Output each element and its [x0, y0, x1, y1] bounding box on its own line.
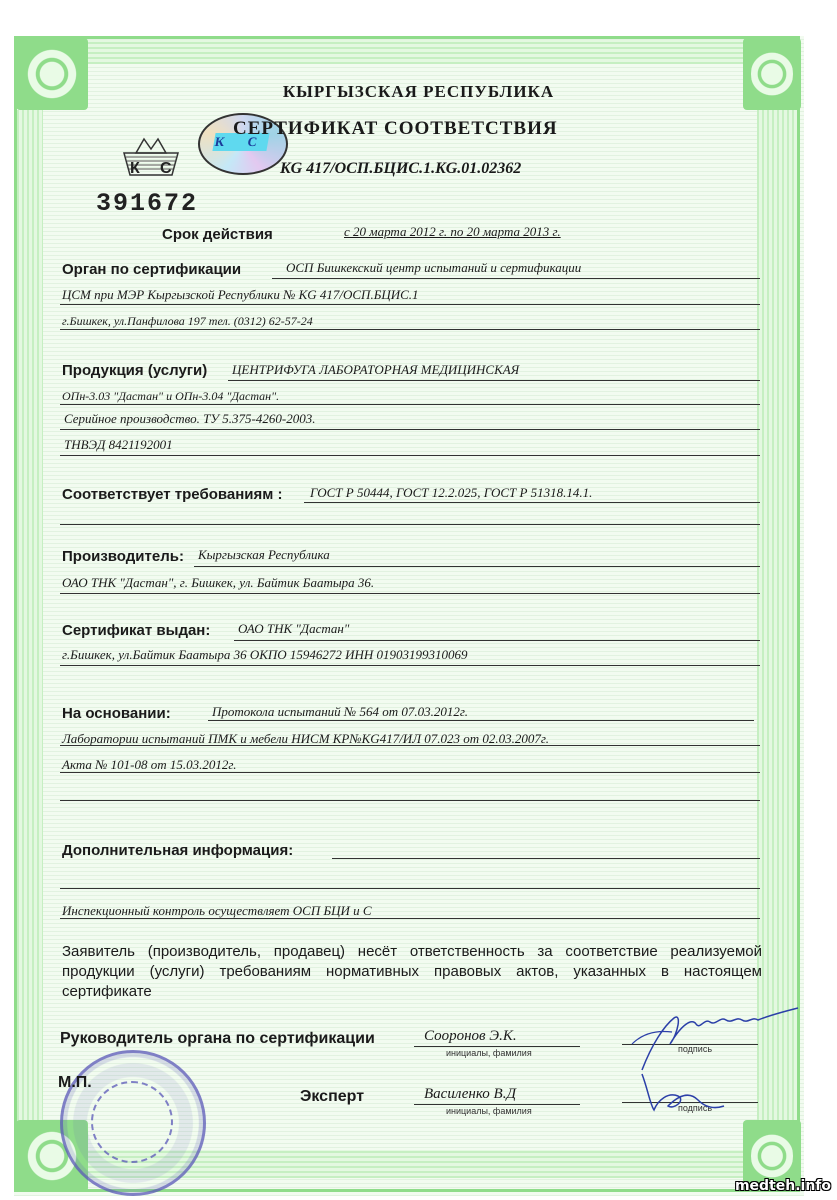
underline	[60, 593, 760, 594]
product-label: Продукция (услуги)	[62, 362, 207, 379]
initials-caption: инициалы, фамилия	[446, 1106, 532, 1116]
product-line: ТНВЭД 8421192001	[64, 437, 173, 453]
country-heading: КЫРГЫЗСКАЯ РЕСПУБЛИКА	[0, 82, 837, 102]
underline	[208, 720, 754, 721]
head-of-body-label: Руководитель органа по сертификации	[60, 1030, 375, 1048]
kc-mountain-logo-icon: К С	[118, 135, 184, 177]
certification-body-line: ОСП Бишкекский центр испытаний и сертифи…	[286, 260, 581, 276]
underline	[414, 1046, 580, 1047]
certification-body-line: г.Бишкек, ул.Панфилова 197 тел. (0312) 6…	[62, 314, 313, 329]
basis-label: На основании:	[62, 705, 171, 722]
underline	[60, 304, 760, 305]
underline	[60, 455, 760, 456]
underline	[60, 404, 760, 405]
underline	[304, 502, 760, 503]
additional-info-line: Инспекционный контроль осуществляет ОСП …	[62, 903, 372, 919]
underline	[332, 858, 760, 859]
product-line: ОПн-3.03 "Дастан" и ОПн-3.04 "Дастан".	[62, 389, 279, 404]
underline	[228, 380, 760, 381]
initials-caption: инициалы, фамилия	[446, 1048, 532, 1058]
seal-place-label: М.П.	[58, 1074, 92, 1092]
underline	[60, 329, 760, 330]
underline	[60, 524, 760, 525]
underline	[60, 918, 760, 919]
svg-text:С: С	[160, 160, 172, 177]
underline	[60, 745, 760, 746]
manufacturer-label: Производитель:	[62, 548, 184, 565]
certification-body-line: ЦСМ при МЭР Кыргызской Республики № KG 4…	[62, 287, 419, 303]
underline	[60, 888, 760, 889]
underline	[414, 1104, 580, 1105]
underline	[194, 566, 760, 567]
serial-number: 391672	[96, 189, 198, 218]
underline	[60, 665, 760, 666]
certificate-number: KG 417/ОСП.БЦИС.1.KG.01.02362	[280, 160, 521, 178]
product-line: Серийное производство. ТУ 5.375-4260-200…	[64, 411, 315, 427]
validity-label: Срок действия	[162, 226, 273, 243]
additional-info-label: Дополнительная информация:	[62, 842, 293, 859]
underline	[272, 278, 760, 279]
conforms-label: Соответствует требованиям :	[62, 486, 283, 503]
issued-to-line: ОАО ТНК "Дастан"	[238, 621, 349, 637]
basis-line: Протокола испытаний № 564 от 07.03.2012г…	[212, 704, 468, 720]
head-name: Сооронов Э.К.	[424, 1028, 517, 1045]
basis-line: Акта № 101-08 от 15.03.2012г.	[62, 757, 237, 773]
underline	[60, 800, 760, 801]
document-title: СЕРТИФИКАТ СООТВЕТСТВИЯ	[233, 118, 558, 140]
expert-label: Эксперт	[300, 1088, 364, 1106]
product-line: ЦЕНТРИФУГА ЛАБОРАТОРНАЯ МЕДИЦИНСКАЯ	[232, 362, 519, 378]
underline	[234, 640, 760, 641]
validity-value: с 20 марта 2012 г. по 20 марта 2013 г.	[344, 224, 561, 240]
svg-text:К: К	[130, 160, 140, 177]
expert-name: Василенко В.Д	[424, 1086, 516, 1103]
underline	[60, 429, 760, 430]
underline	[60, 772, 760, 773]
watermark: medteh.info	[735, 1178, 831, 1194]
head-signature-icon	[612, 1004, 812, 1074]
conforms-value: ГОСТ Р 50444, ГОСТ 12.2.025, ГОСТ Р 5131…	[310, 485, 592, 501]
certification-body-label: Орган по сертификации	[62, 261, 241, 278]
responsibility-statement: Заявитель (производитель, продавец) несё…	[62, 942, 762, 1002]
issued-to-label: Сертификат выдан:	[62, 622, 210, 639]
manufacturer-line: ОАО ТНК "Дастан", г. Бишкек, ул. Байтик …	[62, 575, 374, 591]
issued-to-line: г.Бишкек, ул.Байтик Баатыра 36 ОКПО 1594…	[62, 647, 468, 663]
official-seal-stamp	[60, 1050, 206, 1196]
expert-signature-icon	[628, 1070, 748, 1114]
manufacturer-line: Кыргызская Республика	[198, 547, 330, 563]
